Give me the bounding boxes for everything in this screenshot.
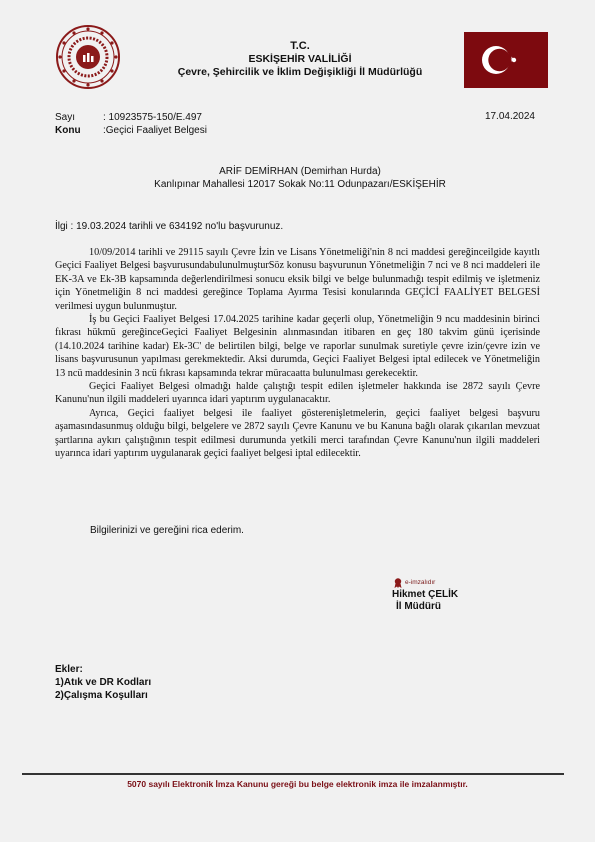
letterhead: T.C. ESKİŞEHİR VALİLİĞİ Çevre, Şehircili… [150,40,450,79]
reference-line: İlgi : 19.03.2024 tarihli ve 634192 no'l… [55,221,283,232]
recipient-block: ARİF DEMİRHAN (Demirhan Hurda) Kanlıpına… [90,165,510,191]
paragraph: İş bu Geçici Faaliyet Belgesi 17.04.2025… [55,313,540,380]
paragraph: Geçici Faaliyet Belgesi olmadığı halde ç… [55,380,540,407]
konu-label: Konu [55,124,103,137]
letter-body: 10/09/2014 tarihli ve 29115 sayılı Çevre… [55,246,540,461]
attachments-label: Ekler: [55,663,151,676]
konu-value: :Geçici Faaliyet Belgesi [103,125,207,136]
footer-divider [22,773,564,775]
e-signature-label: e-imzalıdır [405,577,435,589]
sayi-value: : 10923575-150/E.497 [103,112,202,123]
recipient-name: ARİF DEMİRHAN (Demirhan Hurda) [90,165,510,178]
signatory-name: Hikmet ÇELİK [392,589,458,601]
attachments: Ekler: 1)Atık ve DR Kodları 2)Çalışma Ko… [55,663,151,702]
e-signature-stamp: e-imzalıdır [394,577,458,589]
header-governorship: ESKİŞEHİR VALİLİĞİ [150,53,450,66]
recipient-address: Kanlıpınar Mahallesi 12017 Sokak No:11 O… [90,178,510,191]
footer-notice: 5070 sayılı Elektronik İmza Kanunu gereğ… [0,779,595,789]
signatory-title: İl Müdürü [392,601,458,613]
turkish-flag-icon [464,32,548,88]
attachment-item: 2)Çalışma Koşulları [55,689,151,702]
seal-ribbon-icon [394,578,402,588]
header-tc: T.C. [150,40,450,53]
ministry-seal-icon [55,24,121,90]
document-meta: Sayı: 10923575-150/E.497 Konu:Geçici Faa… [55,111,207,137]
sayi-label: Sayı [55,111,103,124]
paragraph: 10/09/2014 tarihli ve 29115 sayılı Çevre… [55,246,540,313]
closing-line: Bilgilerinizi ve gereğini rica ederim. [90,525,244,536]
attachment-item: 1)Atık ve DR Kodları [55,676,151,689]
paragraph: Ayrıca, Geçici faaliyet belgesi ile faal… [55,407,540,461]
document-date: 17.04.2024 [485,111,535,122]
header-directorate: Çevre, Şehircilik ve İklim Değişikliği İ… [150,66,450,79]
signature-block: e-imzalıdır Hikmet ÇELİK İl Müdürü [392,577,458,613]
